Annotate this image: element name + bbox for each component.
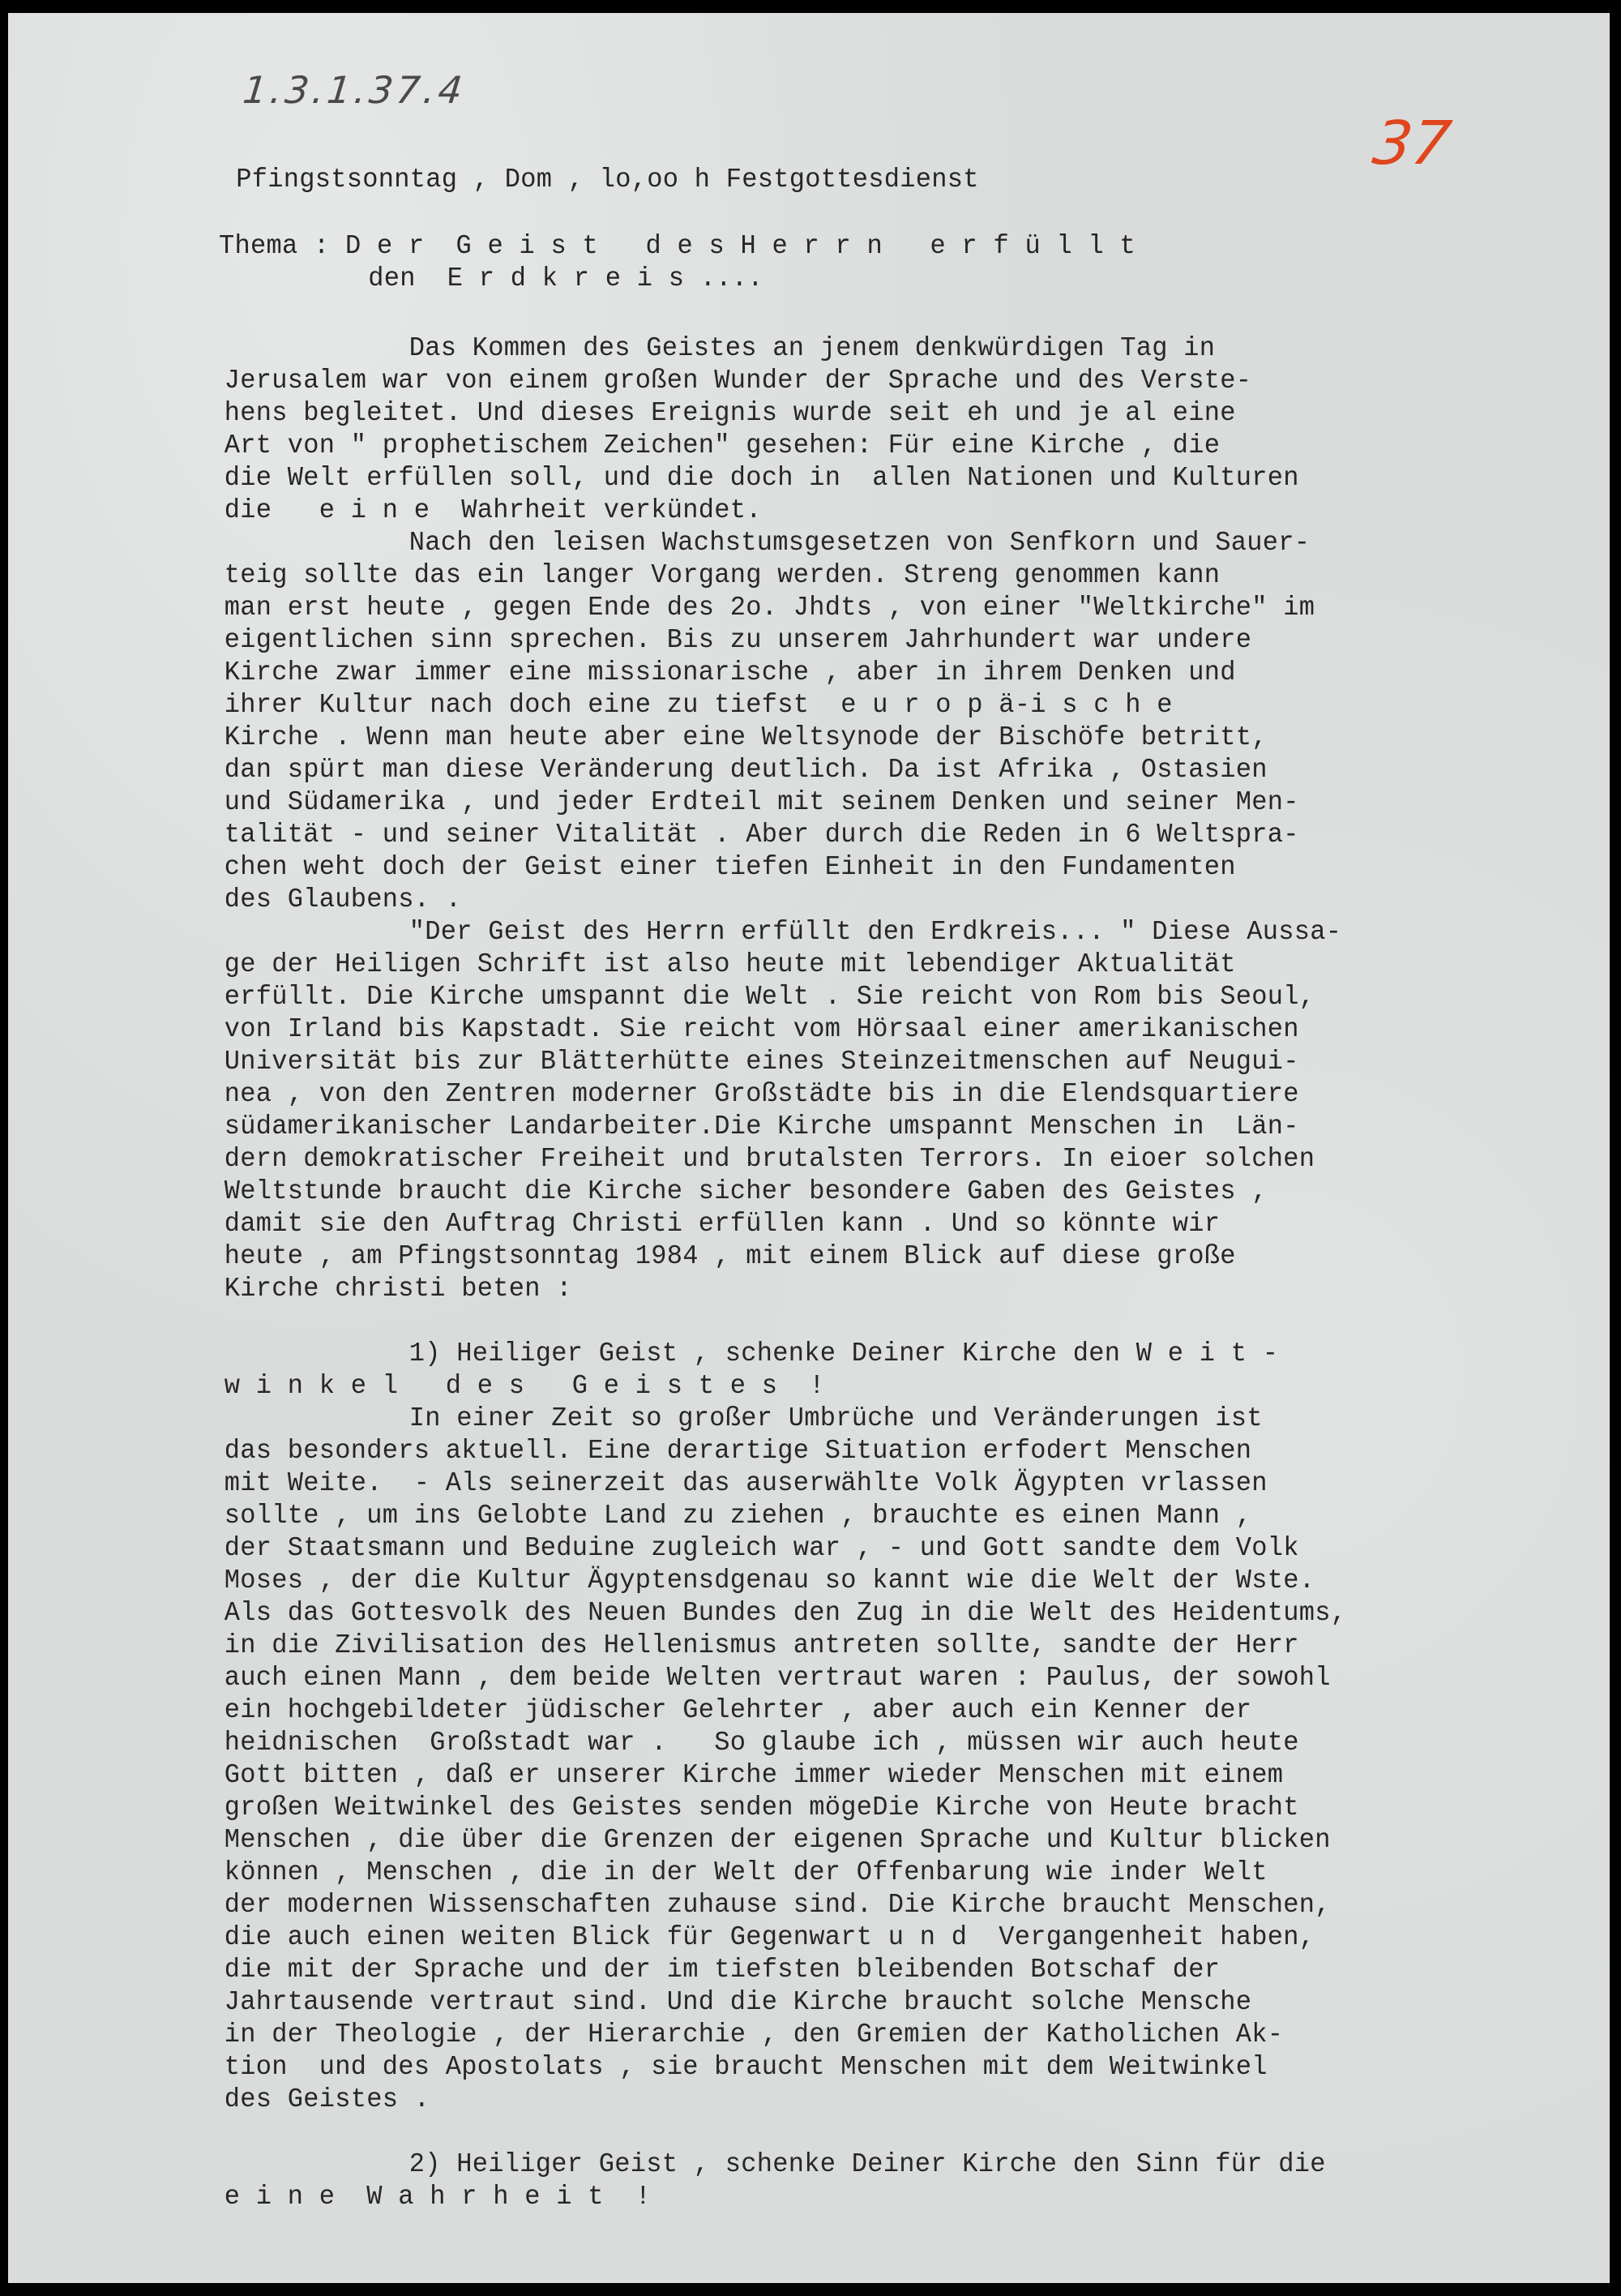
text-line: mit Weite. - Als seinerzeit das auserwäh… <box>225 1467 1268 1500</box>
text-line: nea , von den Zentren moderner Großstädt… <box>225 1078 1299 1111</box>
text-line: Gott bitten , daß er unserer Kirche imme… <box>225 1759 1284 1792</box>
text-line: Jerusalem war von einem großen Wunder de… <box>225 365 1252 397</box>
text-line: das besonders aktuell. Eine derartige Si… <box>225 1435 1252 1467</box>
sermon-header: Pfingstsonntag , Dom , lo,oo h Festgotte… <box>236 164 979 196</box>
text-line: großen Weitwinkel des Geistes senden mög… <box>225 1792 1299 1824</box>
text-line: südamerikanischer Landarbeiter.Die Kirch… <box>225 1111 1299 1143</box>
text-line: sollte , um ins Gelobte Land zu ziehen ,… <box>225 1500 1252 1532</box>
text-line: die e i n e Wahrheit verkündet. <box>225 495 762 527</box>
text-line: heidnischen Großstadt war . So glaube ic… <box>225 1727 1299 1759</box>
text-line: In einer Zeit so großer Umbrüche und Ver… <box>409 1403 1263 1435</box>
text-line: die Welt erfüllen soll, und die doch in … <box>225 462 1299 495</box>
text-line: dan spürt man diese Veränderung deutlich… <box>225 754 1268 786</box>
text-line: von Irland bis Kapstadt. Sie reicht vom … <box>225 1013 1299 1046</box>
text-line: ge der Heiligen Schrift ist also heute m… <box>225 949 1236 981</box>
text-line: die auch einen weiten Blick für Gegenwar… <box>225 1921 1315 1954</box>
text-line: 2) Heiliger Geist , schenke Deiner Kirch… <box>409 2148 1326 2181</box>
text-line: Menschen , die über die Grenzen der eige… <box>225 1824 1331 1857</box>
text-line: e i n e W a h r h e i t ! <box>225 2181 652 2213</box>
text-line: des Geistes . <box>225 2084 430 2116</box>
text-line: auch einen Mann , dem beide Welten vertr… <box>225 1662 1331 1694</box>
text-line: dern demokratischer Freiheit und brutals… <box>225 1143 1315 1176</box>
text-line: in die Zivilisation des Hellenismus antr… <box>225 1630 1299 1662</box>
text-line: teig sollte das ein langer Vorgang werde… <box>225 559 1221 592</box>
text-line: erfüllt. Die Kirche umspannt die Welt . … <box>225 981 1315 1013</box>
page-number-annotation: 37 <box>1369 109 1455 178</box>
theme-line-1: Thema : D e r G e i s t d e s H e r r n … <box>219 230 1136 263</box>
text-line: damit sie den Auftrag Christi erfüllen k… <box>225 1208 1221 1240</box>
text-line: Weltstunde braucht die Kirche sicher bes… <box>225 1176 1268 1208</box>
text-line: Kirche christi beten : <box>225 1273 572 1305</box>
text-line: Nach den leisen Wachstumsgesetzen von Se… <box>409 527 1311 559</box>
text-line: man erst heute , gegen Ende des 2o. Jhdt… <box>225 592 1315 624</box>
text-line: "Der Geist des Herrn erfüllt den Erdkrei… <box>409 916 1342 949</box>
text-line: ihrer Kultur nach doch eine zu tiefst e … <box>225 689 1173 722</box>
theme-line-2: den E r d k r e i s .... <box>368 263 763 295</box>
text-line: die mit der Sprache und der im tiefsten … <box>225 1954 1221 1986</box>
text-line: heute , am Pfingstsonntag 1984 , mit ein… <box>225 1240 1236 1273</box>
text-line: Moses , der die Kultur Ägyptensdgenau so… <box>225 1565 1315 1597</box>
text-line: der Staatsmann und Beduine zugleich war … <box>225 1532 1299 1565</box>
text-line: ein hochgebildeter jüdischer Gelehrter ,… <box>225 1694 1252 1727</box>
text-line: hens begleitet. Und dieses Ereignis wurd… <box>225 397 1236 430</box>
text-line: w i n k e l d e s G e i s t e s ! <box>225 1370 825 1403</box>
text-line: und Südamerika , und jeder Erdteil mit s… <box>225 786 1299 819</box>
text-line: tion und des Apostolats , sie braucht Me… <box>225 2051 1268 2084</box>
text-line: Universität bis zur Blätterhütte eines S… <box>225 1046 1299 1078</box>
text-line: Kirche zwar immer eine missionarische , … <box>225 657 1236 689</box>
text-line: der modernen Wissenschaften zuhause sind… <box>225 1889 1331 1921</box>
text-line: 1) Heiliger Geist , schenke Deiner Kirch… <box>409 1338 1279 1370</box>
text-line: Kirche . Wenn man heute aber eine Weltsy… <box>225 722 1268 754</box>
text-line: eigentlichen sinn sprechen. Bis zu unser… <box>225 624 1252 657</box>
text-line: Art von " prophetischem Zeichen" gesehen… <box>225 430 1221 462</box>
text-line: des Glaubens. . <box>225 884 462 916</box>
archive-number-annotation: 1.3.1.37.4 <box>241 68 468 112</box>
typewritten-page: 1.3.1.37.4 37 Pfingstsonntag , Dom , lo,… <box>8 13 1610 2283</box>
text-line: chen weht doch der Geist einer tiefen Ei… <box>225 851 1236 884</box>
text-line: Jahrtausende vertraut sind. Und die Kirc… <box>225 1986 1252 2019</box>
text-line: können , Menschen , die in der Welt der … <box>225 1857 1268 1889</box>
text-line: in der Theologie , der Hierarchie , den … <box>225 2019 1284 2051</box>
typed-text-body: Pfingstsonntag , Dom , lo,oo h Festgotte… <box>8 13 71 175</box>
text-line: Das Kommen des Geistes an jenem denkwürd… <box>409 332 1216 365</box>
text-line: talität - und seiner Vitalität . Aber du… <box>225 819 1299 851</box>
text-line: Als das Gottesvolk des Neuen Bundes den … <box>225 1597 1347 1630</box>
